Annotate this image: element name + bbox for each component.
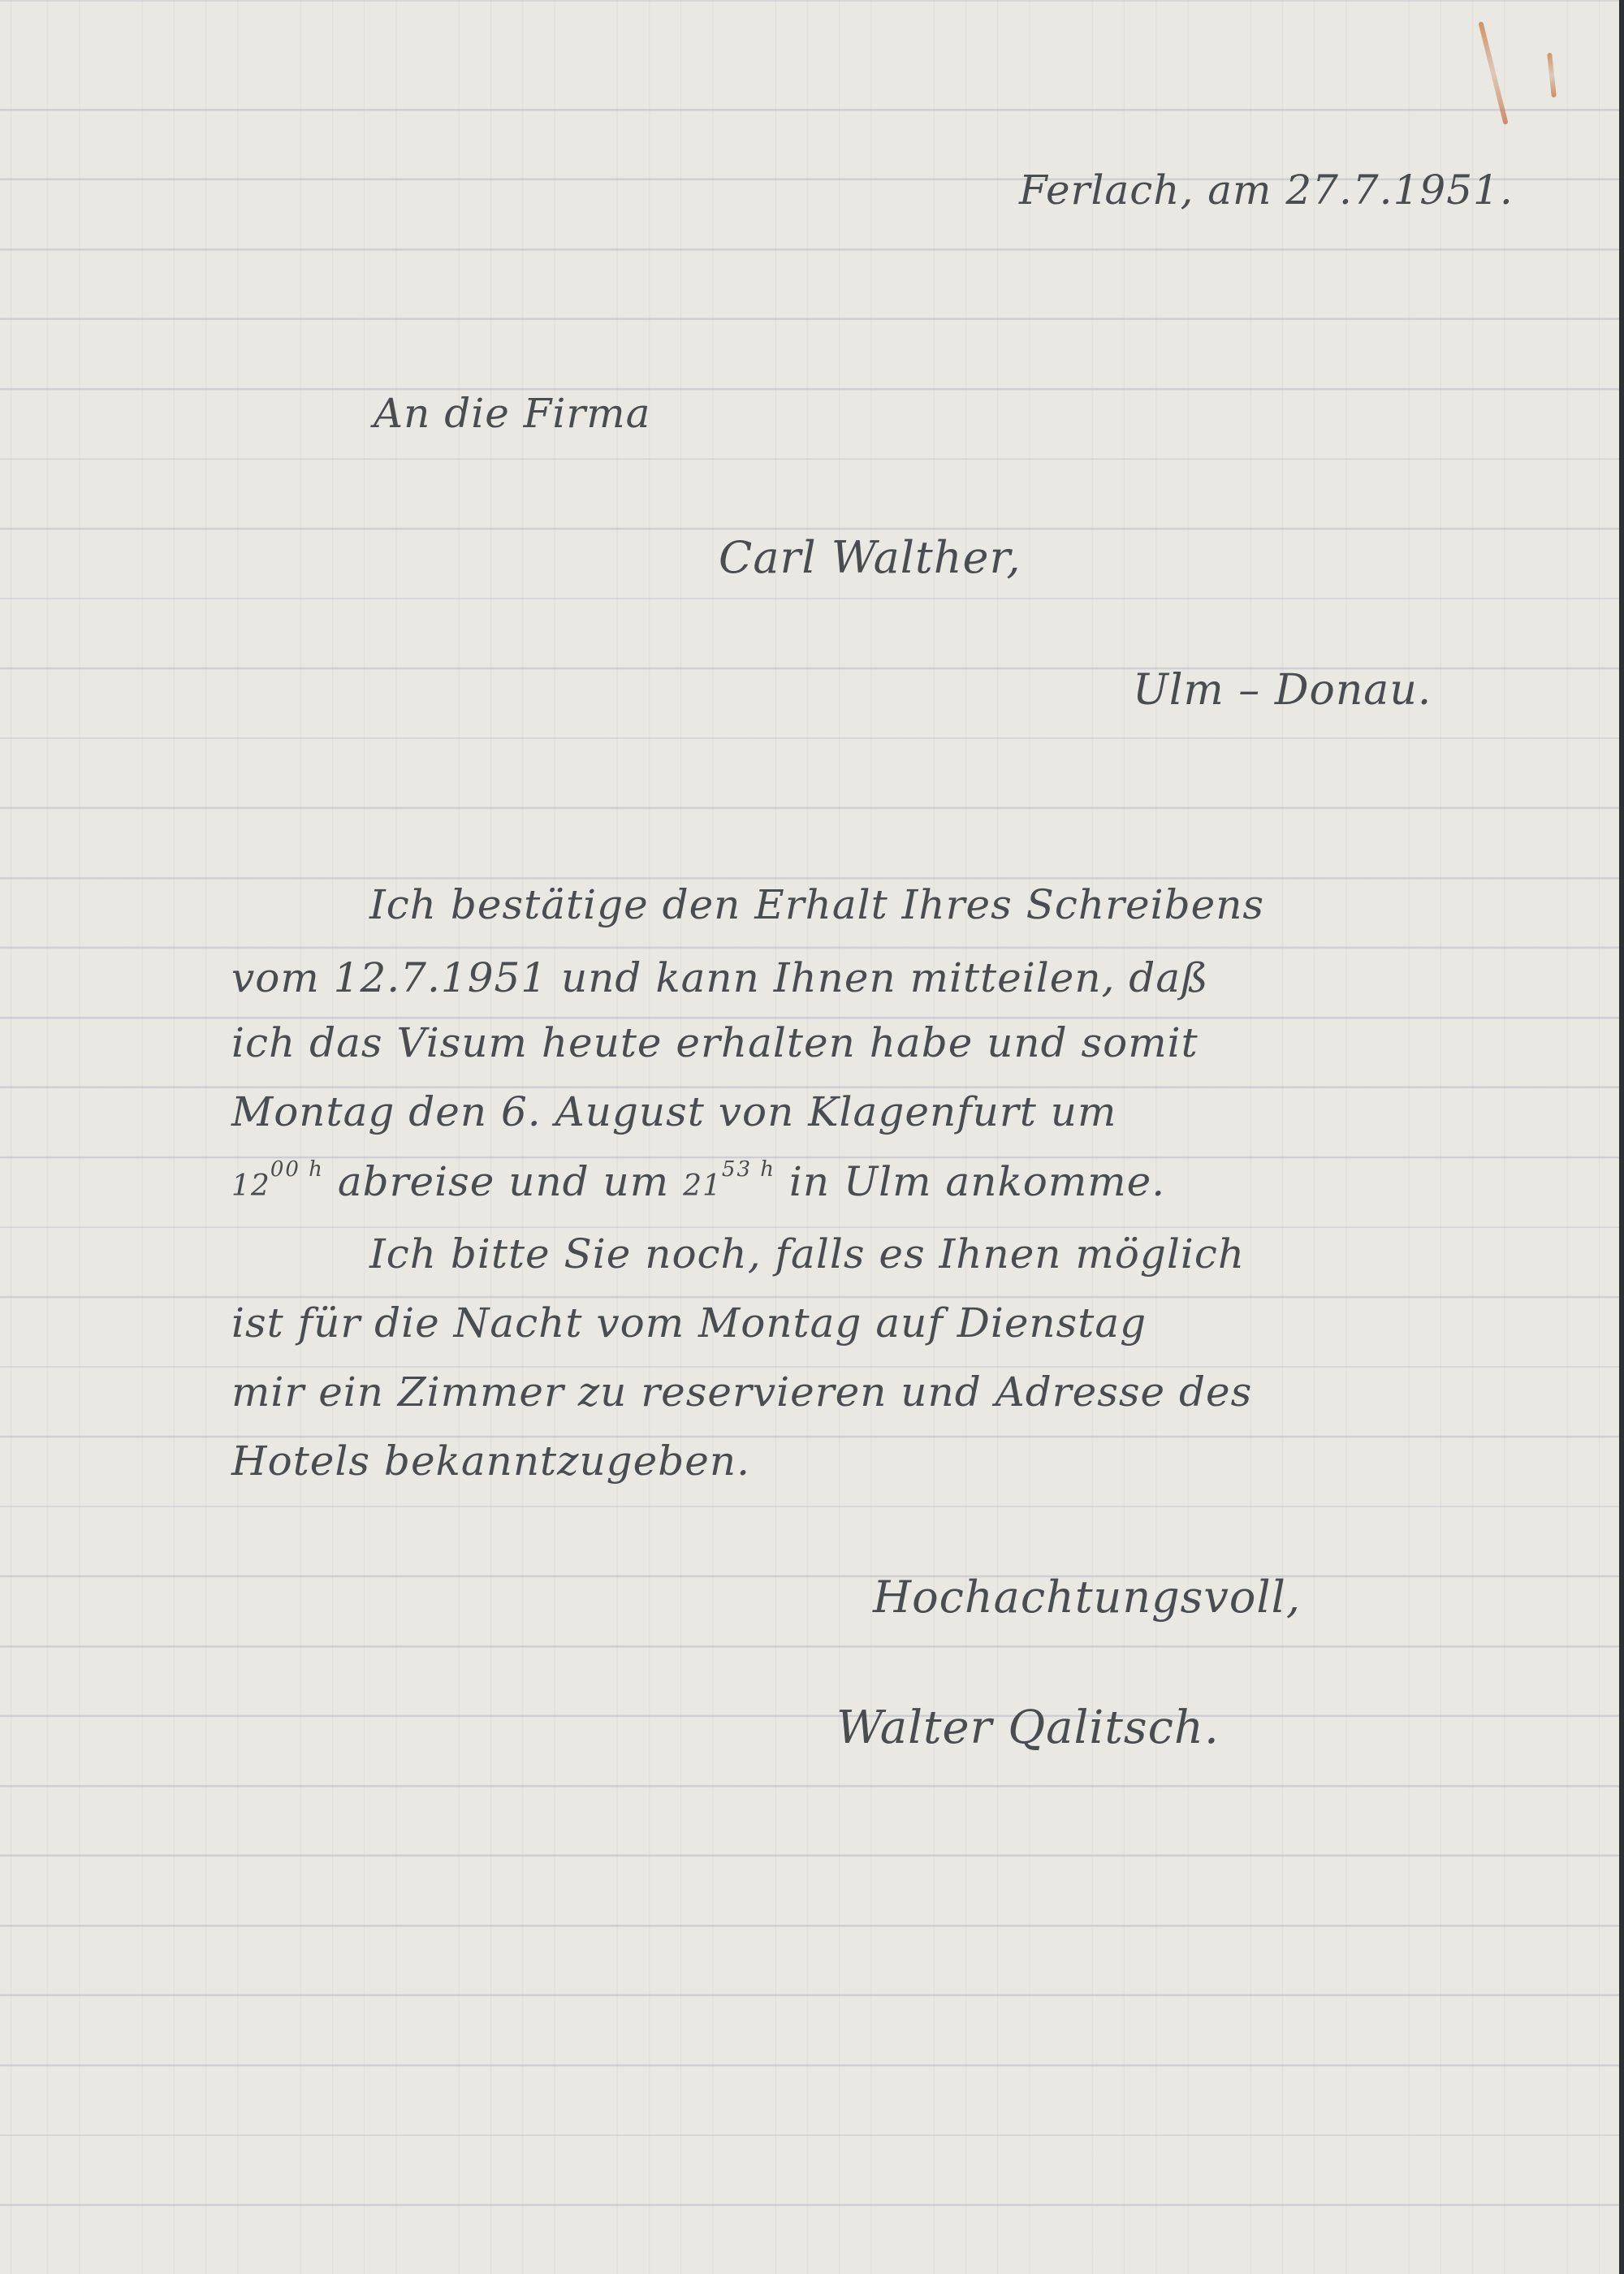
departure-minutes: 00 h [270,1157,324,1182]
recipient-city: Ulm – Donau. [1133,666,1432,715]
body-line: Montag den 6. August von Klagenfurt um [231,1088,1116,1135]
body-line: mir ein Zimmer zu reservieren und Adress… [231,1368,1252,1416]
recipient-salutation: An die Firma [374,390,651,437]
letter-paper: Ferlach, am 27.7.1951. An die Firma Carl… [0,0,1620,2274]
body-line: ich das Visum heute erhalten habe und so… [231,1019,1199,1066]
place-date: Ferlach, am 27.7.1951. [1019,166,1514,214]
arrival-hour: 21 [683,1169,722,1203]
signature: Walter Qalitsch. [836,1701,1220,1754]
arrival-text: in Ulm ankomme. [789,1158,1165,1205]
departure-hour: 12 [231,1169,270,1203]
departure-text: abreise und um [338,1158,669,1205]
body-line-times: 1200 h abreise und um 2153 h in Ulm anko… [231,1157,1165,1205]
rust-stain-2 [1547,53,1557,97]
body-line: Ich bestätige den Erhalt Ihres Schreiben… [369,881,1264,928]
recipient-company: Carl Walther, [719,532,1021,583]
body-line: Ich bitte Sie noch, falls es Ihnen mögli… [369,1230,1245,1278]
body-line: vom 12.7.1951 und kann Ihnen mitteilen, … [231,954,1209,1001]
arrival-minutes: 53 h [722,1157,775,1182]
scan-edge [1619,0,1624,2274]
rust-stain-1 [1478,21,1508,125]
closing-phrase: Hochachtungsvoll, [873,1571,1301,1623]
body-line: Hotels bekanntzugeben. [231,1437,750,1485]
body-line: ist für die Nacht vom Montag auf Diensta… [231,1299,1147,1347]
